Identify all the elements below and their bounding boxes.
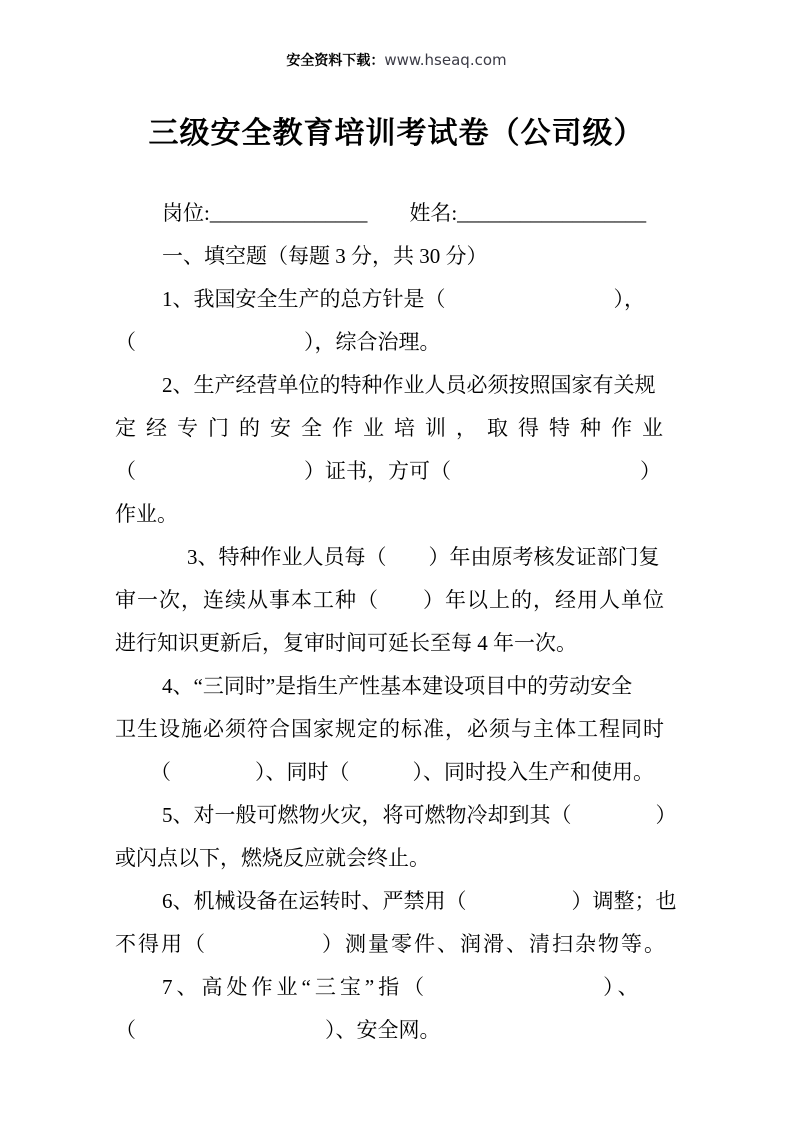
q3-line-2: 审一次，连续从事本工种（ ）年以上的，经用人单位 xyxy=(115,579,675,622)
q2-line-3: （ ）证书，方可（ ） xyxy=(115,450,675,493)
q2-line-2: 定经专门的安全作业培训，取得特种作业 xyxy=(115,407,675,450)
q5-line-1: 5、对一般可燃物火灾，将可燃物冷却到其（ ） xyxy=(115,794,675,837)
q4-line-3: （ ）、同时（ ）、同时投入生产和使用。 xyxy=(115,751,675,794)
q7-line-2: （ ）、安全网。 xyxy=(115,1009,675,1052)
q4-line-1: 4、“三同时”是指生产性基本建设项目中的劳动安全 xyxy=(115,665,675,708)
q7-line-1: 7、高处作业“三宝”指（ ）、 xyxy=(115,966,675,1009)
q1-line-1: 1、我国安全生产的总方针是（ ）， xyxy=(115,278,675,321)
q2-line-1: 2、生产经营单位的特种作业人员必须按照国家有关规 xyxy=(115,364,675,407)
document-title: 三级安全教育培训考试卷（公司级） xyxy=(0,114,793,154)
document-body: 岗位:_______________ 姓名:__________________… xyxy=(115,192,675,1052)
site-url: www.hseaq.com xyxy=(384,51,506,69)
section-heading: 一、填空题（每题 3 分，共 30 分） xyxy=(115,235,675,278)
q3-line-3: 进行知识更新后，复审时间可延长至每 4 年一次。 xyxy=(115,622,675,665)
q6-line-1: 6、机械设备在运转时、严禁用（ ）调整；也 xyxy=(115,880,675,923)
exam-document-page: 安全资料下载：www.hseaq.com 三级安全教育培训考试卷（公司级） 岗位… xyxy=(0,0,793,1122)
download-label: 安全资料下载： xyxy=(286,53,384,69)
q2-line-4: 作业。 xyxy=(115,493,675,536)
q1-line-2: （ ），综合治理。 xyxy=(115,321,675,364)
q3-line-1: 3、特种作业人员每（ ）年由原考核发证部门复 xyxy=(115,536,675,579)
q6-line-2: 不得用（ ）测量零件、润滑、清扫杂物等。 xyxy=(115,923,675,966)
site-header: 安全资料下载：www.hseaq.com xyxy=(0,0,793,72)
q4-line-2: 卫生设施必须符合国家规定的标准，必须与主体工程同时 xyxy=(115,708,675,751)
q5-line-2: 或闪点以下，燃烧反应就会终止。 xyxy=(115,837,675,880)
post-name-fields-line: 岗位:_______________ 姓名:__________________ xyxy=(115,192,675,235)
